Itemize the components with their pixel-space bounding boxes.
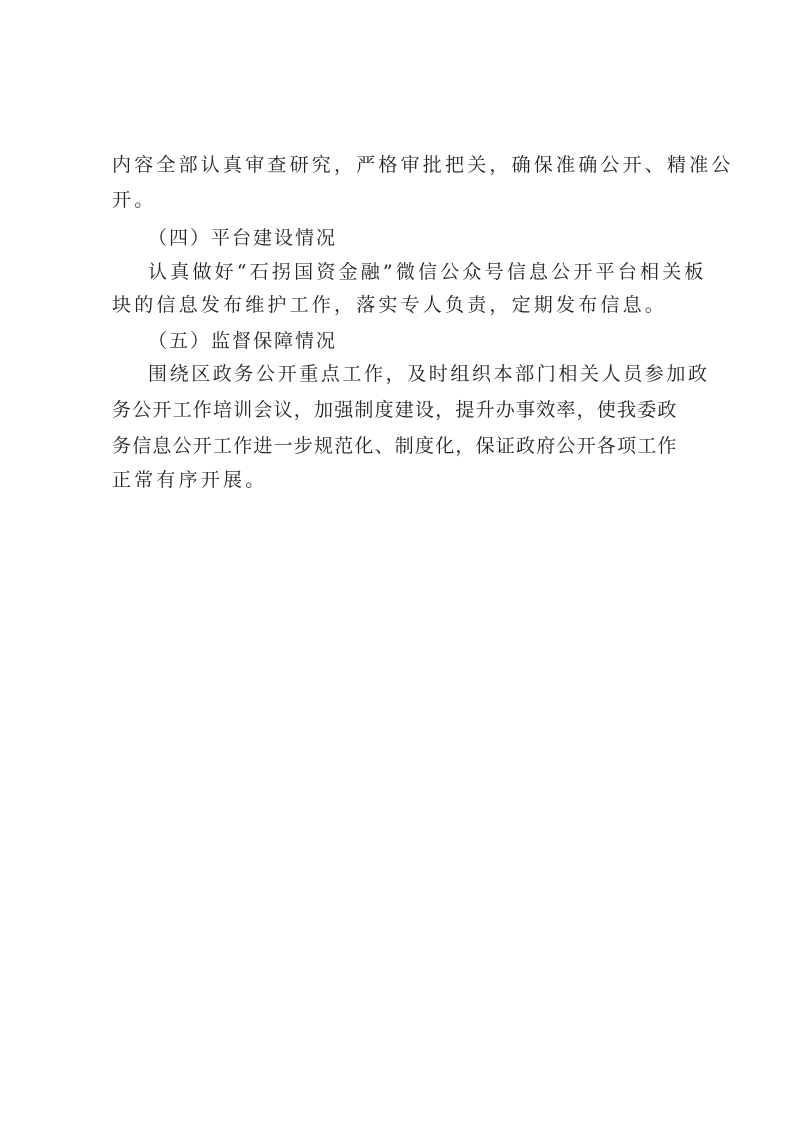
paragraph-line: 正常有序开展。 bbox=[112, 468, 692, 492]
paragraph-line: 务公开工作培训会议，加强制度建设，提升办事效率，使我委政 bbox=[112, 398, 692, 422]
paragraph-line: 务信息公开工作进一步规范化、制度化，保证政府公开各项工作 bbox=[112, 434, 692, 458]
paragraph-line: 认真做好“石拐国资金融”微信公众号信息公开平台相关板 bbox=[148, 260, 692, 284]
document-page: 内容全部认真审查研究，严格审批把关，确保准确公开、精准公 开。 （四）平台建设情… bbox=[0, 0, 793, 1122]
paragraph-line: 内容全部认真审查研究，严格审批把关，确保准确公开、精准公 bbox=[112, 153, 692, 177]
paragraph-line: 块的信息发布维护工作，落实专人负责，定期发布信息。 bbox=[112, 293, 692, 317]
section-heading-supervision: （五）监督保障情况 bbox=[148, 329, 728, 353]
paragraph-line: 开。 bbox=[112, 188, 692, 212]
section-heading-platform: （四）平台建设情况 bbox=[148, 226, 728, 250]
paragraph-line: 围绕区政务公开重点工作，及时组织本部门相关人员参加政 bbox=[148, 362, 692, 386]
